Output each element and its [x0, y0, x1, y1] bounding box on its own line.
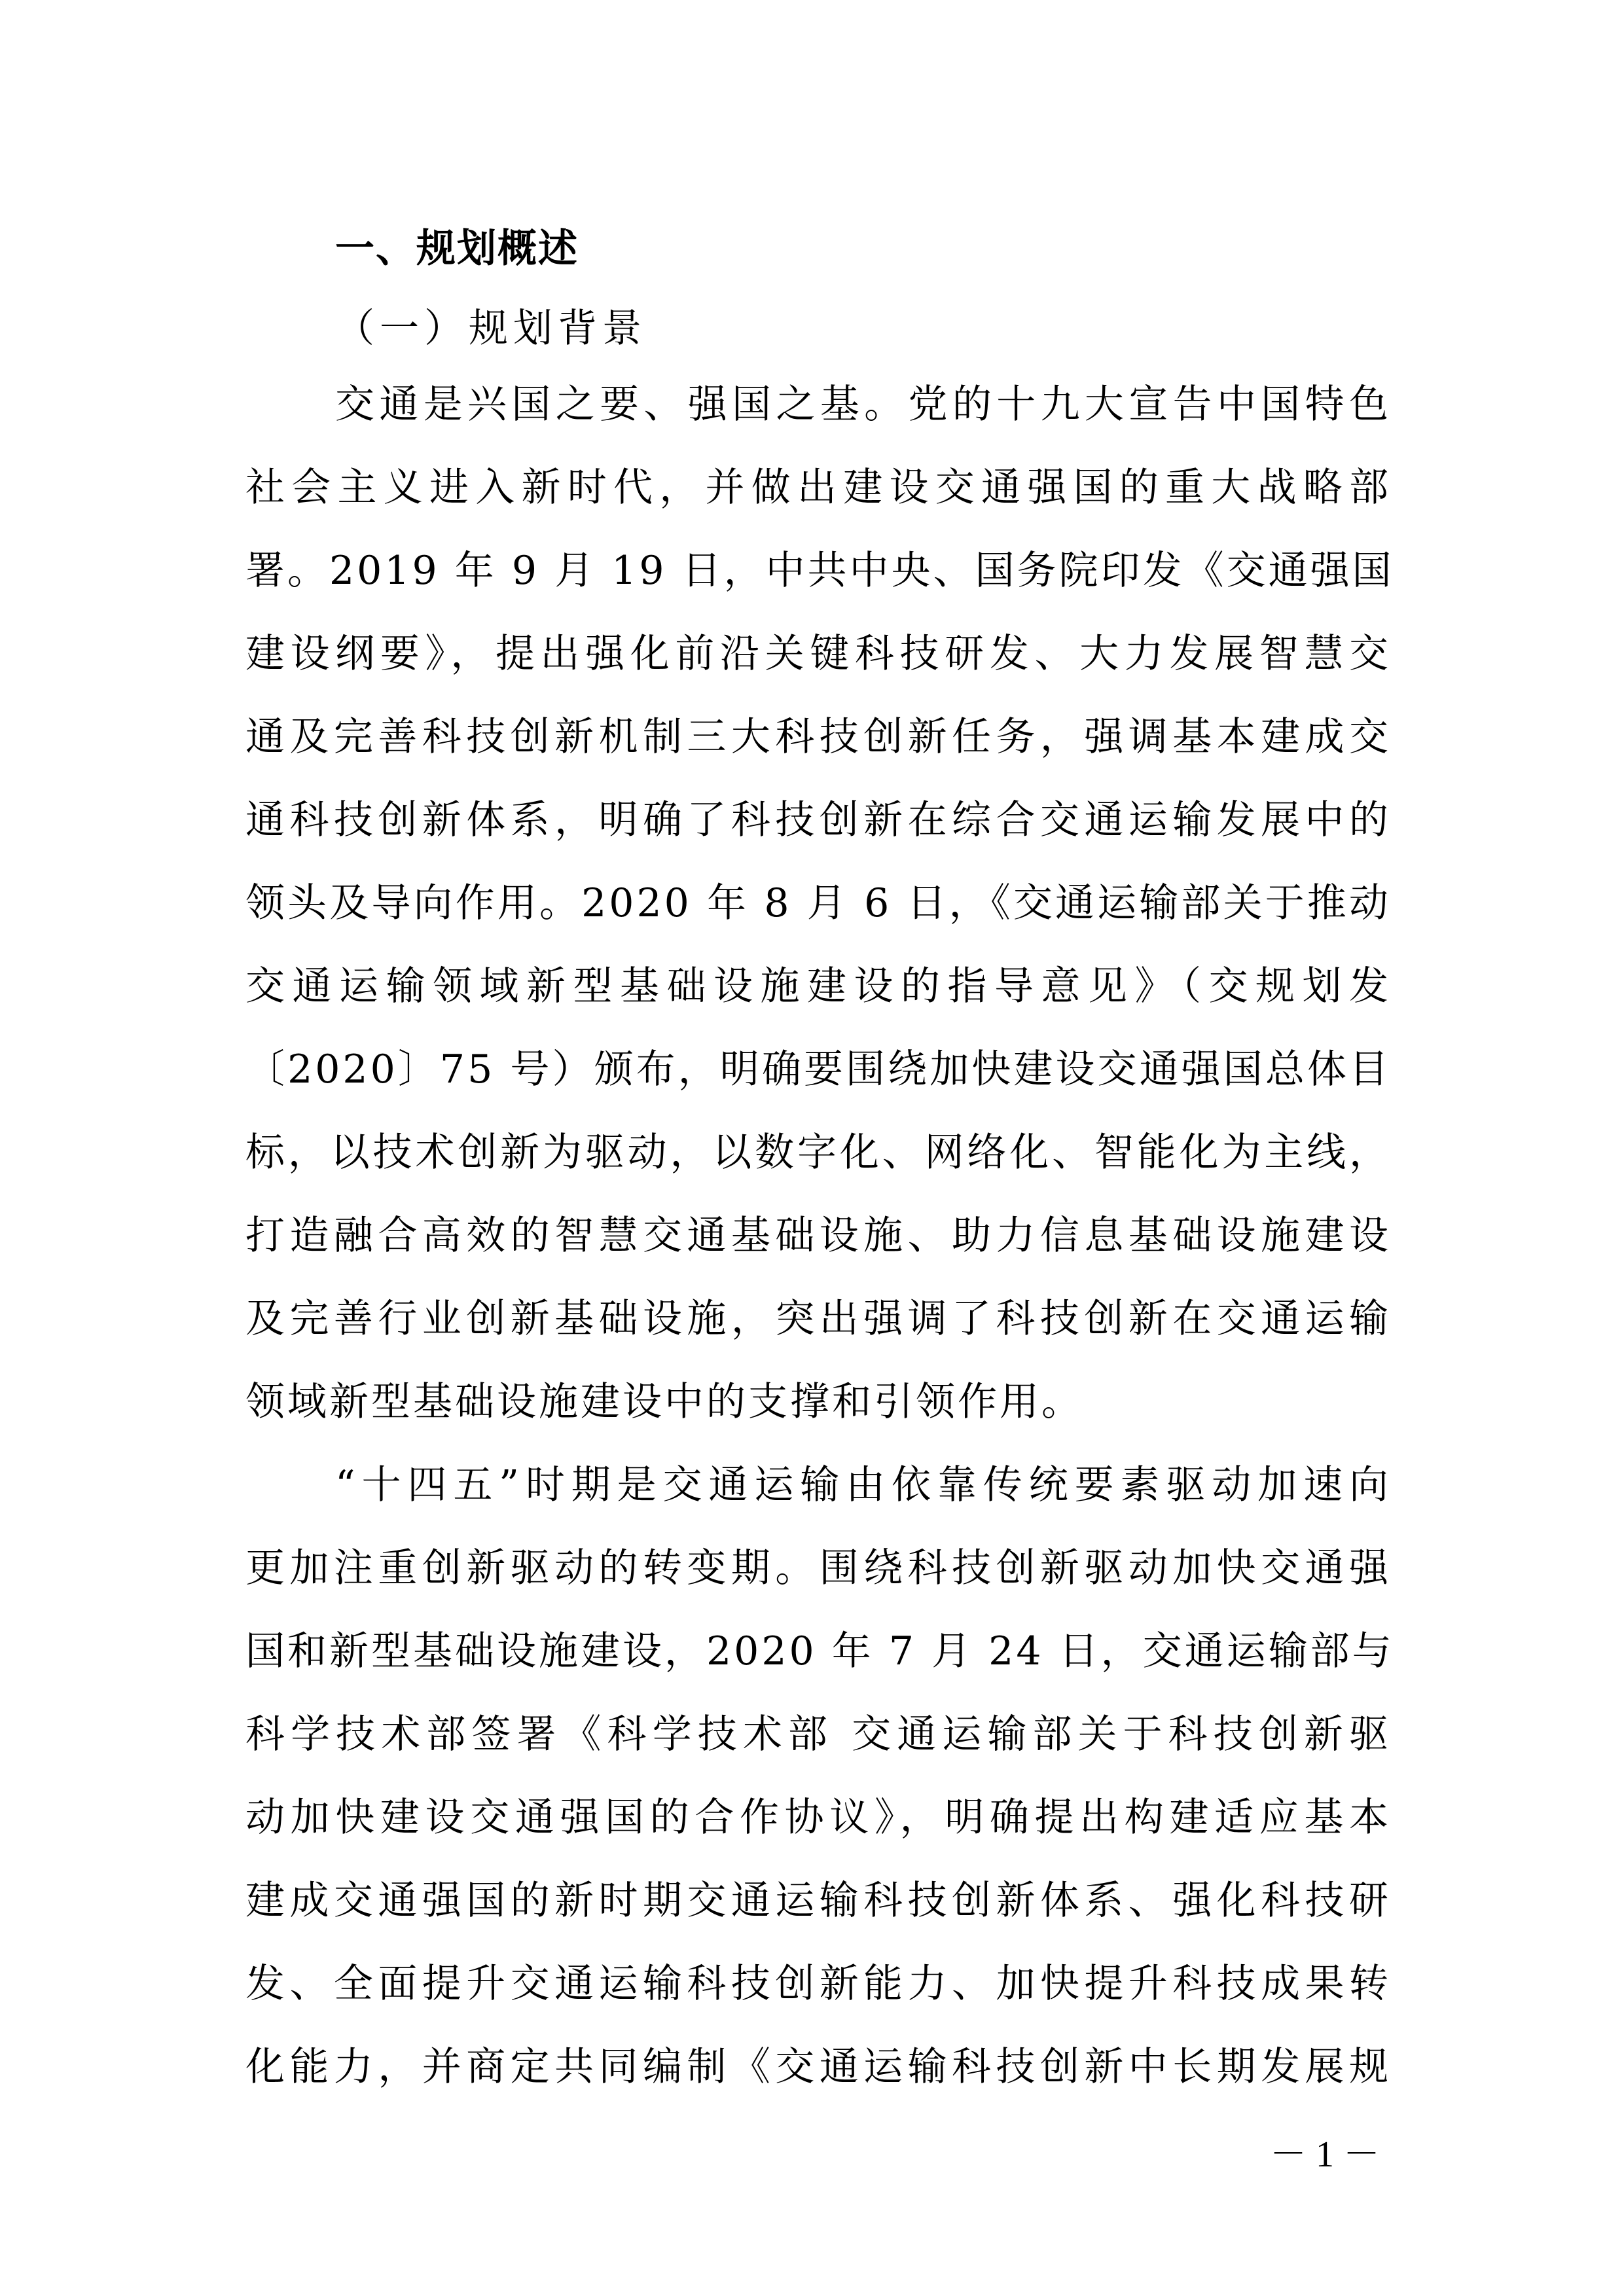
paragraph-line: 科学技术部签署《科学技术部 交通运输部关于科技创新驱 [245, 1708, 1391, 1761]
paragraph-line: 标，以技术创新为驱动，以数字化、网络化、智能化为主线， [245, 1126, 1391, 1179]
paragraph-line: 建设纲要》，提出强化前沿关键科技研发、大力发展智慧交 [245, 628, 1391, 680]
paragraph-line: 交通运输领域新型基础设施建设的指导意见》（交规划发 [245, 960, 1391, 1013]
paragraph-line: 领域新型基础设施建设中的支撑和引领作用。 [245, 1376, 1391, 1428]
paragraph-line: 署。2019 年 9 月 19 日，中共中央、国务院印发《交通强国 [245, 545, 1391, 597]
paragraph-line: 及完善行业创新基础设施，突出强调了科技创新在交通运输 [245, 1293, 1391, 1345]
paragraph-line: 打造融合高效的智慧交通基础设施、助力信息基础设施建设 [245, 1210, 1391, 1262]
paragraph-line: 领头及导向作用。2020 年 8 月 6 日，《交通运输部关于推动 [245, 877, 1391, 929]
paragraph-line: 社会主义进入新时代，并做出建设交通强国的重大战略部 [245, 461, 1391, 514]
section-heading: 一、规划概述 [335, 223, 579, 275]
paragraph-line: 动加快建设交通强国的合作协议》，明确提出构建适应基本 [245, 1791, 1391, 1844]
paragraph-line: 通科技创新体系，明确了科技创新在综合交通运输发展中的 [245, 794, 1391, 846]
paragraph-line: 建成交通强国的新时期交通运输科技创新体系、强化科技研 [245, 1874, 1391, 1927]
paragraph-line: 更加注重创新驱动的转变期。围绕科技创新驱动加快交通强 [245, 1542, 1391, 1594]
paragraph-line: 发、全面提升交通运输科技创新能力、加快提升科技成果转 [245, 1958, 1391, 2010]
document-page: 一、规划概述 （一）规划背景 交通是兴国之要、强国之基。党的十九大宣告中国特色 … [0, 0, 1624, 2296]
paragraph-line: 化能力，并商定共同编制《交通运输科技创新中长期发展规 [245, 2041, 1391, 2093]
paragraph-line: 〔2020〕75 号）颁布，明确要围绕加快建设交通强国总体目 [245, 1043, 1391, 1096]
page-number: － 1 － [1270, 2135, 1380, 2174]
paragraph-line: “十四五”时期是交通运输由依靠传统要素驱动加速向 [335, 1459, 1391, 1511]
paragraph-line: 国和新型基础设施建设，2020 年 7 月 24 日，交通运输部与 [245, 1625, 1391, 1677]
subsection-heading: （一）规划背景 [335, 302, 647, 355]
paragraph-line: 交通是兴国之要、强国之基。党的十九大宣告中国特色 [335, 378, 1391, 431]
paragraph-line: 通及完善科技创新机制三大科技创新任务，强调基本建成交 [245, 711, 1391, 763]
